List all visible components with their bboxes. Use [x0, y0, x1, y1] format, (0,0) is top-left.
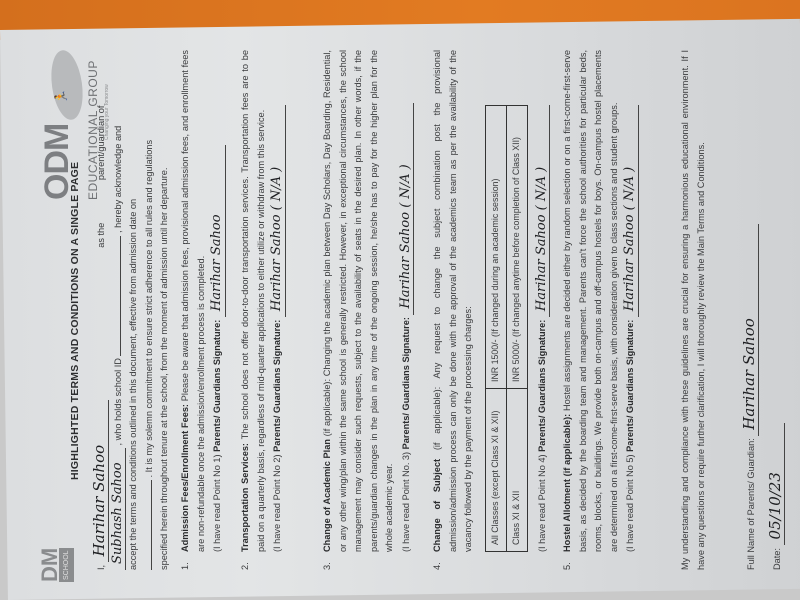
section-number: 5.: [560, 562, 576, 570]
section-number: 3.: [320, 562, 336, 570]
intro-as-the: as the: [96, 223, 106, 248]
document-page: DM SCHOOL 🏃 ODM EDUCATIONAL GROUP Changi…: [30, 30, 790, 590]
signature-label: Parents/ Guardians Signature:: [537, 320, 547, 452]
school-logo: DM SCHOOL: [42, 522, 82, 582]
date-row: Date: 05/10/23: [768, 423, 786, 570]
student-name-handwritten: Subhash Sahoo: [110, 448, 127, 570]
intro-parent-guardian: parent/guardian of: [96, 106, 106, 181]
section-heading: Admission Fees/Enrollment Fees:: [180, 404, 190, 552]
table-cell-fee: INR 1500/- (If changed during an academi…: [485, 106, 506, 389]
section-qualifier: (if applicable):: [432, 387, 442, 450]
full-name-label: Full Name of Parents/ Guardian:: [746, 438, 756, 570]
intro-school-id: , who holds school ID: [113, 358, 123, 445]
admission-date-blank: [151, 480, 152, 570]
section-ack: (I have read Point No 4): [537, 454, 547, 552]
section-5: 5. Hostel Allotment (if applicable): Hos…: [560, 50, 639, 570]
closing-paragraph: My understanding and compliance with the…: [678, 50, 709, 570]
section-heading: Change of Subject: [432, 459, 442, 552]
table-row: Class XI & XII INR 5000/- (If changed an…: [506, 106, 527, 552]
table-cell-fee: INR 5000/- (If changed anytime before co…: [506, 106, 527, 389]
odm-logo-text: ODM: [50, 124, 66, 200]
section-text: Hostel assignments are decided either by…: [562, 50, 619, 552]
signature-label: Parents/ Guardians Signature:: [212, 320, 222, 452]
signature-handwritten: Harihar Sahoo ( N/A ): [534, 105, 551, 317]
section-qualifier: (if applicable):: [322, 379, 332, 436]
school-logo-mark: DM: [42, 522, 58, 582]
intro-hereby: , hereby acknowledge and: [113, 126, 123, 233]
full-name-row: Full Name of Parents/ Guardian: Harihar …: [742, 224, 760, 570]
intro-line4: specified herein throughout tenure at th…: [157, 50, 173, 570]
section-number: 2.: [238, 562, 254, 570]
signature-label: Parents/ Guardians Signature:: [272, 320, 282, 452]
table-row: All Classes (except Class XI & XII) INR …: [485, 106, 506, 552]
section-3: 3. Change of Academic Plan (if applicabl…: [320, 50, 414, 570]
section-heading: Change of Academic Plan: [322, 439, 332, 552]
section-qualifier: (if applicable):: [562, 414, 572, 477]
school-id-blank: [120, 236, 121, 356]
section-2: 2. Transportation Services: The school d…: [238, 50, 286, 570]
page-title: HIGHLIGHTED TERMS AND CONDITIONS ON A SI…: [68, 162, 84, 480]
section-text: Changing the academic plan between Day S…: [322, 50, 394, 552]
signature-handwritten: Harihar Sahoo: [209, 145, 226, 317]
runner-icon: 🏃: [54, 94, 68, 104]
date-handwritten: 05/10/23: [768, 423, 785, 545]
signature-label: Parents/ Guardians Signature:: [625, 320, 635, 452]
table-cell-class: All Classes (except Class XI & XII): [485, 389, 506, 552]
intro-i-label: I,: [96, 565, 106, 570]
parent-name-handwritten: Harihar Sahoo: [92, 400, 109, 562]
full-name-handwritten: Harihar Sahoo: [742, 224, 759, 436]
intro-line3: . It is my solemn commitment to ensure s…: [144, 140, 154, 478]
fee-table: All Classes (except Class XI & XII) INR …: [485, 105, 528, 552]
section-ack: (I have read Point No 2): [272, 454, 282, 552]
table-cell-class: Class XI & XII: [506, 389, 527, 552]
section-ack: (I have read Point No 1): [212, 454, 222, 552]
school-logo-word: SCHOOL: [59, 548, 75, 582]
signature-handwritten: Harihar Sahoo ( N/A ): [398, 103, 415, 315]
section-ack: (I have read Point No 5): [625, 454, 635, 552]
section-1: 1. Admission Fees/Enrollment Fees: Pleas…: [178, 50, 226, 570]
intro-paragraph: I, Harihar Sahoo as the parent/guardian …: [92, 50, 173, 570]
date-label: Date:: [772, 548, 782, 570]
intro-line2: accept the terms and conditions outlined…: [126, 50, 142, 570]
section-4: 4. Change of Subject (if applicable): An…: [430, 50, 550, 570]
signature-label: Parents/ Guardians Signature:: [401, 317, 411, 449]
swoosh-icon: [47, 48, 86, 121]
section-heading: Hostel Allotment: [562, 479, 572, 552]
section-number: 1.: [178, 562, 194, 570]
section-number: 4.: [430, 562, 446, 570]
section-ack: (I have read Point No. 3): [401, 452, 411, 552]
signature-handwritten: Harihar Sahoo ( N/A ): [269, 105, 286, 317]
section-heading: Transportation Services:: [240, 443, 250, 552]
signature-handwritten: Harihar Sahoo ( N/A ): [622, 105, 639, 317]
